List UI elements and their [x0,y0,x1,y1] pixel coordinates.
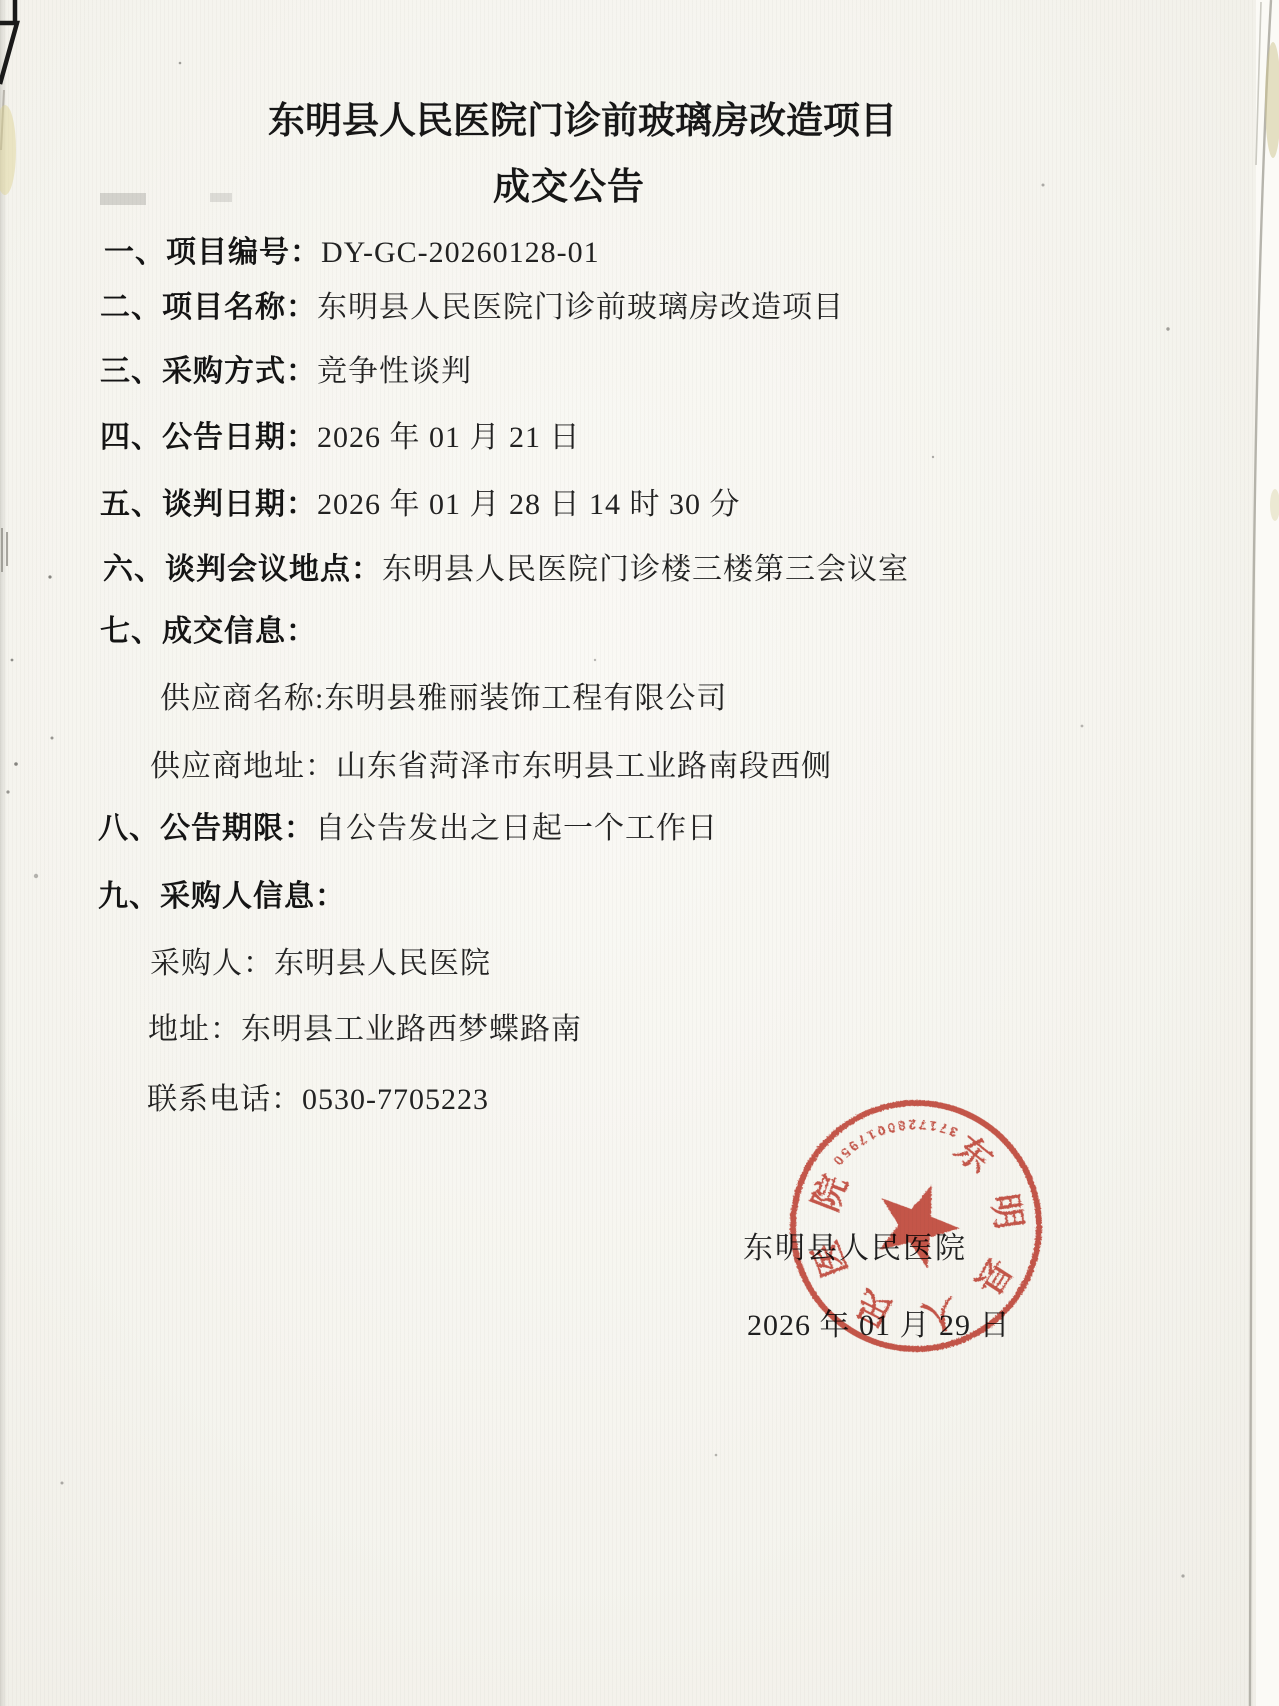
item-negotiation-date-value: 2026 年 01 月 28 日 14 时 30 分 [317,488,741,521]
item-project-number: 一、项目编号：DY-GC-20260128-01 [104,236,600,270]
edge-stain-top-right [1265,42,1279,158]
seal-char: 院 [806,1170,855,1217]
item-announcement-date: 四、公告日期：2026 年 01 月 21 日 [100,421,581,455]
item-purchaser-info: 九、采购人信息： [98,880,346,914]
item-meeting-place: 六、谈判会议地点：东明县人民医院门诊楼三楼第三会议室 [103,553,909,587]
item-announcement-date-value: 2026 年 01 月 21 日 [317,421,581,454]
item-announcement-period-value: 自公告发出之日起一个工作日 [315,812,718,845]
item-project-name: 二、项目名称：东明县人民医院门诊前玻璃房改造项目 [100,291,844,325]
seal-char: 县 [967,1251,1019,1302]
seal-char: 民 [850,1282,899,1333]
seal-star-icon [866,1181,967,1280]
sub-supplier-name: 供应商名称:东明县雅丽装饰工程有限公司 [160,682,727,716]
sub-address: 地址：东明县工业路西梦蝶路南 [148,1013,582,1047]
bleedthrough-smudge [210,193,232,202]
seal-serial-textpath: 3717280017950 [822,1103,963,1173]
scanned-document-page: { "document": { "title_line1": "东明县人民医院门… [0,0,1279,1706]
sub-purchaser-value: 采购人：东明县人民医院 [150,947,491,980]
bleedthrough-smudge [100,193,146,205]
sub-phone: 联系电话：0530-7705223 [147,1083,489,1117]
item-meeting-place-label: 六、谈判会议地点： [103,553,382,586]
item-project-number-label: 一、项目编号： [104,236,321,269]
item-announcement-period: 八、公告期限：自公告发出之日起一个工作日 [98,812,718,846]
fold-line-secondary [1256,2,1261,165]
item-negotiation-date-label: 五、谈判日期： [100,488,317,521]
item-procurement-method: 三、采购方式：竞争性谈判 [100,355,472,389]
item-project-number-value: DY-GC-20260128-01 [321,236,600,269]
edge-stain-right [1270,489,1279,521]
sub-supplier-name-value: 供应商名称:东明县雅丽装饰工程有限公司 [160,682,727,715]
item-project-name-label: 二、项目名称： [100,291,317,324]
item-purchaser-info-label: 九、采购人信息： [98,880,346,913]
item-procurement-method-value: 竞争性谈判 [317,355,472,388]
sub-purchaser: 采购人：东明县人民医院 [150,947,491,981]
item-announcement-date-label: 四、公告日期： [100,421,317,454]
item-procurement-method-label: 三、采购方式： [100,355,317,388]
item-deal-info-label: 七、成交信息： [100,615,317,648]
official-seal: 东 明 县 人 民 医 院 3717280017950 [784,1094,1048,1358]
seal-char: 医 [806,1235,855,1282]
item-announcement-period-label: 八、公告期限： [98,812,315,845]
fold-line [1250,0,1271,1706]
document-title: 东明县人民医院门诊前玻璃房改造项目 [268,101,897,142]
page-edge-strip [1256,0,1279,1706]
item-negotiation-date: 五、谈判日期：2026 年 01 月 28 日 14 时 30 分 [100,488,741,522]
seal-char: 明 [984,1191,1028,1232]
document-subtitle: 成交公告 [493,167,645,208]
sub-address-value: 地址：东明县工业路西梦蝶路南 [148,1013,582,1046]
seal-serial-number: 3717280017950 [822,1103,963,1173]
sub-supplier-address: 供应商地址：山东省菏泽市东明县工业路南段西侧 [150,750,832,784]
scan-left-edge-shadow [0,0,7,1706]
sub-supplier-address-value: 供应商地址：山东省菏泽市东明县工业路南段西侧 [150,750,832,783]
seal-char: 人 [918,1291,962,1338]
sub-phone-value: 联系电话：0530-7705223 [147,1083,489,1116]
item-project-name-value: 东明县人民医院门诊前玻璃房改造项目 [317,291,844,324]
item-meeting-place-value: 东明县人民医院门诊楼三楼第三会议室 [382,553,909,586]
item-deal-info: 七、成交信息： [100,615,317,649]
